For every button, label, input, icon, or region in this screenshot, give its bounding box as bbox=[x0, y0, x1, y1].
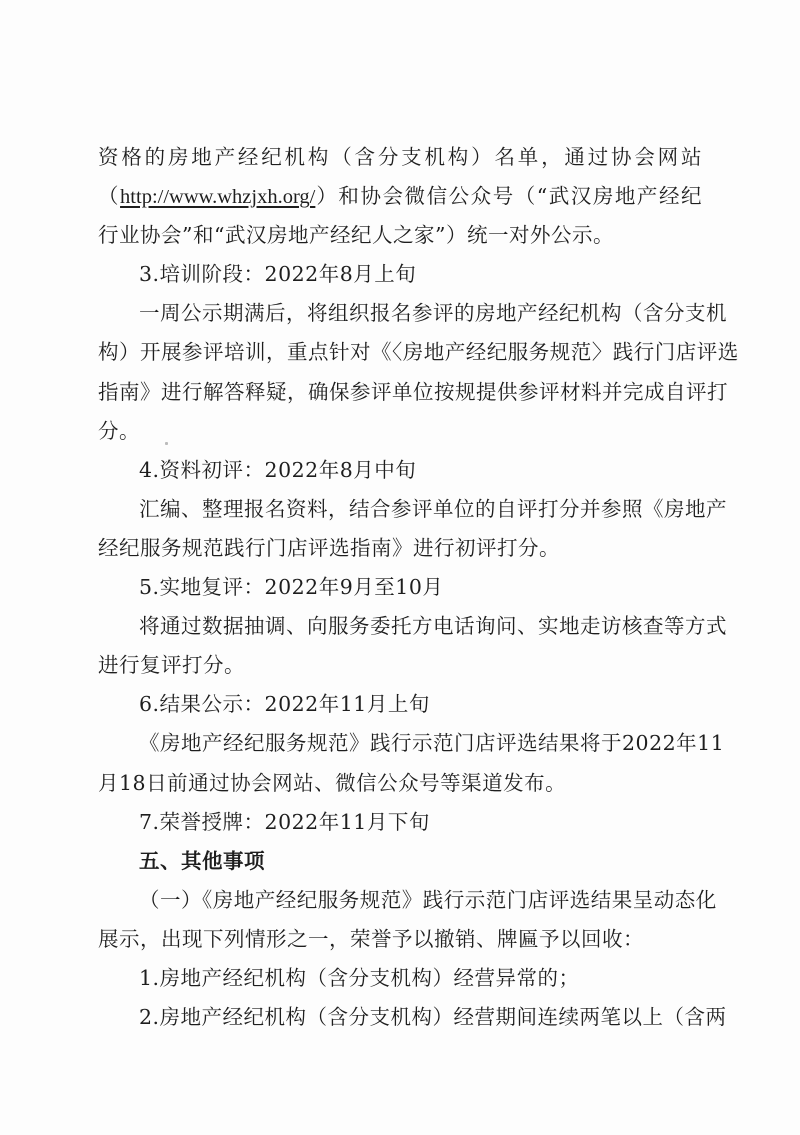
stage-heading-training: 3.培训阶段：2022年8月上旬 bbox=[98, 255, 702, 294]
stage-heading-onsite-review: 5.实地复评：2022年9月至10月 bbox=[98, 568, 702, 607]
stage-heading-award: 7.荣誉授牌：2022年11月下旬 bbox=[98, 803, 702, 842]
text-line-with-url: （http://www.whzjxh.org/）和协会微信公众号（“武汉房地产经… bbox=[98, 177, 702, 216]
text-line: 《房地产经纪服务规范》践行示范门店评选结果将于2022年11 bbox=[98, 724, 702, 763]
scan-speck bbox=[165, 442, 168, 445]
text-line: 汇编、整理报名资料，结合参评单位的自评打分并参照《房地产 bbox=[98, 490, 702, 529]
text-line: 一周公示期满后，将组织报名参评的房地产经纪机构（含分支机 bbox=[98, 294, 702, 333]
section-heading-other-matters: 五、其他事项 bbox=[98, 842, 702, 881]
text-line: 月18日前通过协会网站、微信公众号等渠道发布。 bbox=[98, 764, 702, 803]
text-line: 指南》进行解答释疑，确保参评单位按规提供参评材料并完成自评打 bbox=[98, 373, 702, 412]
text-line: 经纪服务规范践行门店评选指南》进行初评打分。 bbox=[98, 529, 702, 568]
text-line: 展示，出现下列情形之一，荣誉予以撤销、牌匾予以回收： bbox=[98, 920, 702, 959]
document-page: 资格的房地产经纪机构（含分支机构）名单，通过协会网站 （http://www.w… bbox=[98, 138, 702, 1037]
text-line: （一）《房地产经纪服务规范》践行示范门店评选结果呈动态化 bbox=[98, 881, 702, 920]
text-line: 资格的房地产经纪机构（含分支机构）名单，通过协会网站 bbox=[98, 138, 702, 177]
stage-heading-initial-review: 4.资料初评：2022年8月中旬 bbox=[98, 451, 702, 490]
text-line: 分。 bbox=[98, 412, 702, 451]
list-item: 2.房地产经纪机构（含分支机构）经营期间连续两笔以上（含两 bbox=[98, 998, 702, 1037]
text-line: 行业协会”和“武汉房地产经纪人之家”）统一对外公示。 bbox=[98, 216, 702, 255]
text-fragment: （ bbox=[98, 184, 120, 208]
text-line: 将通过数据抽调、向服务委托方电话询问、实地走访核查等方式 bbox=[98, 607, 702, 646]
association-website-link[interactable]: http://www.whzjxh.org/ bbox=[120, 186, 315, 208]
text-line: 进行复评打分。 bbox=[98, 646, 702, 685]
list-item: 1.房地产经纪机构（含分支机构）经营异常的； bbox=[98, 959, 702, 998]
stage-heading-result-announcement: 6.结果公示：2022年11月上旬 bbox=[98, 685, 702, 724]
text-fragment: ）和协会微信公众号（“武汉房地产经纪 bbox=[315, 184, 702, 208]
text-line: 构）开展参评培训，重点针对《〈房地产经纪服务规范〉践行门店评选 bbox=[98, 333, 702, 372]
